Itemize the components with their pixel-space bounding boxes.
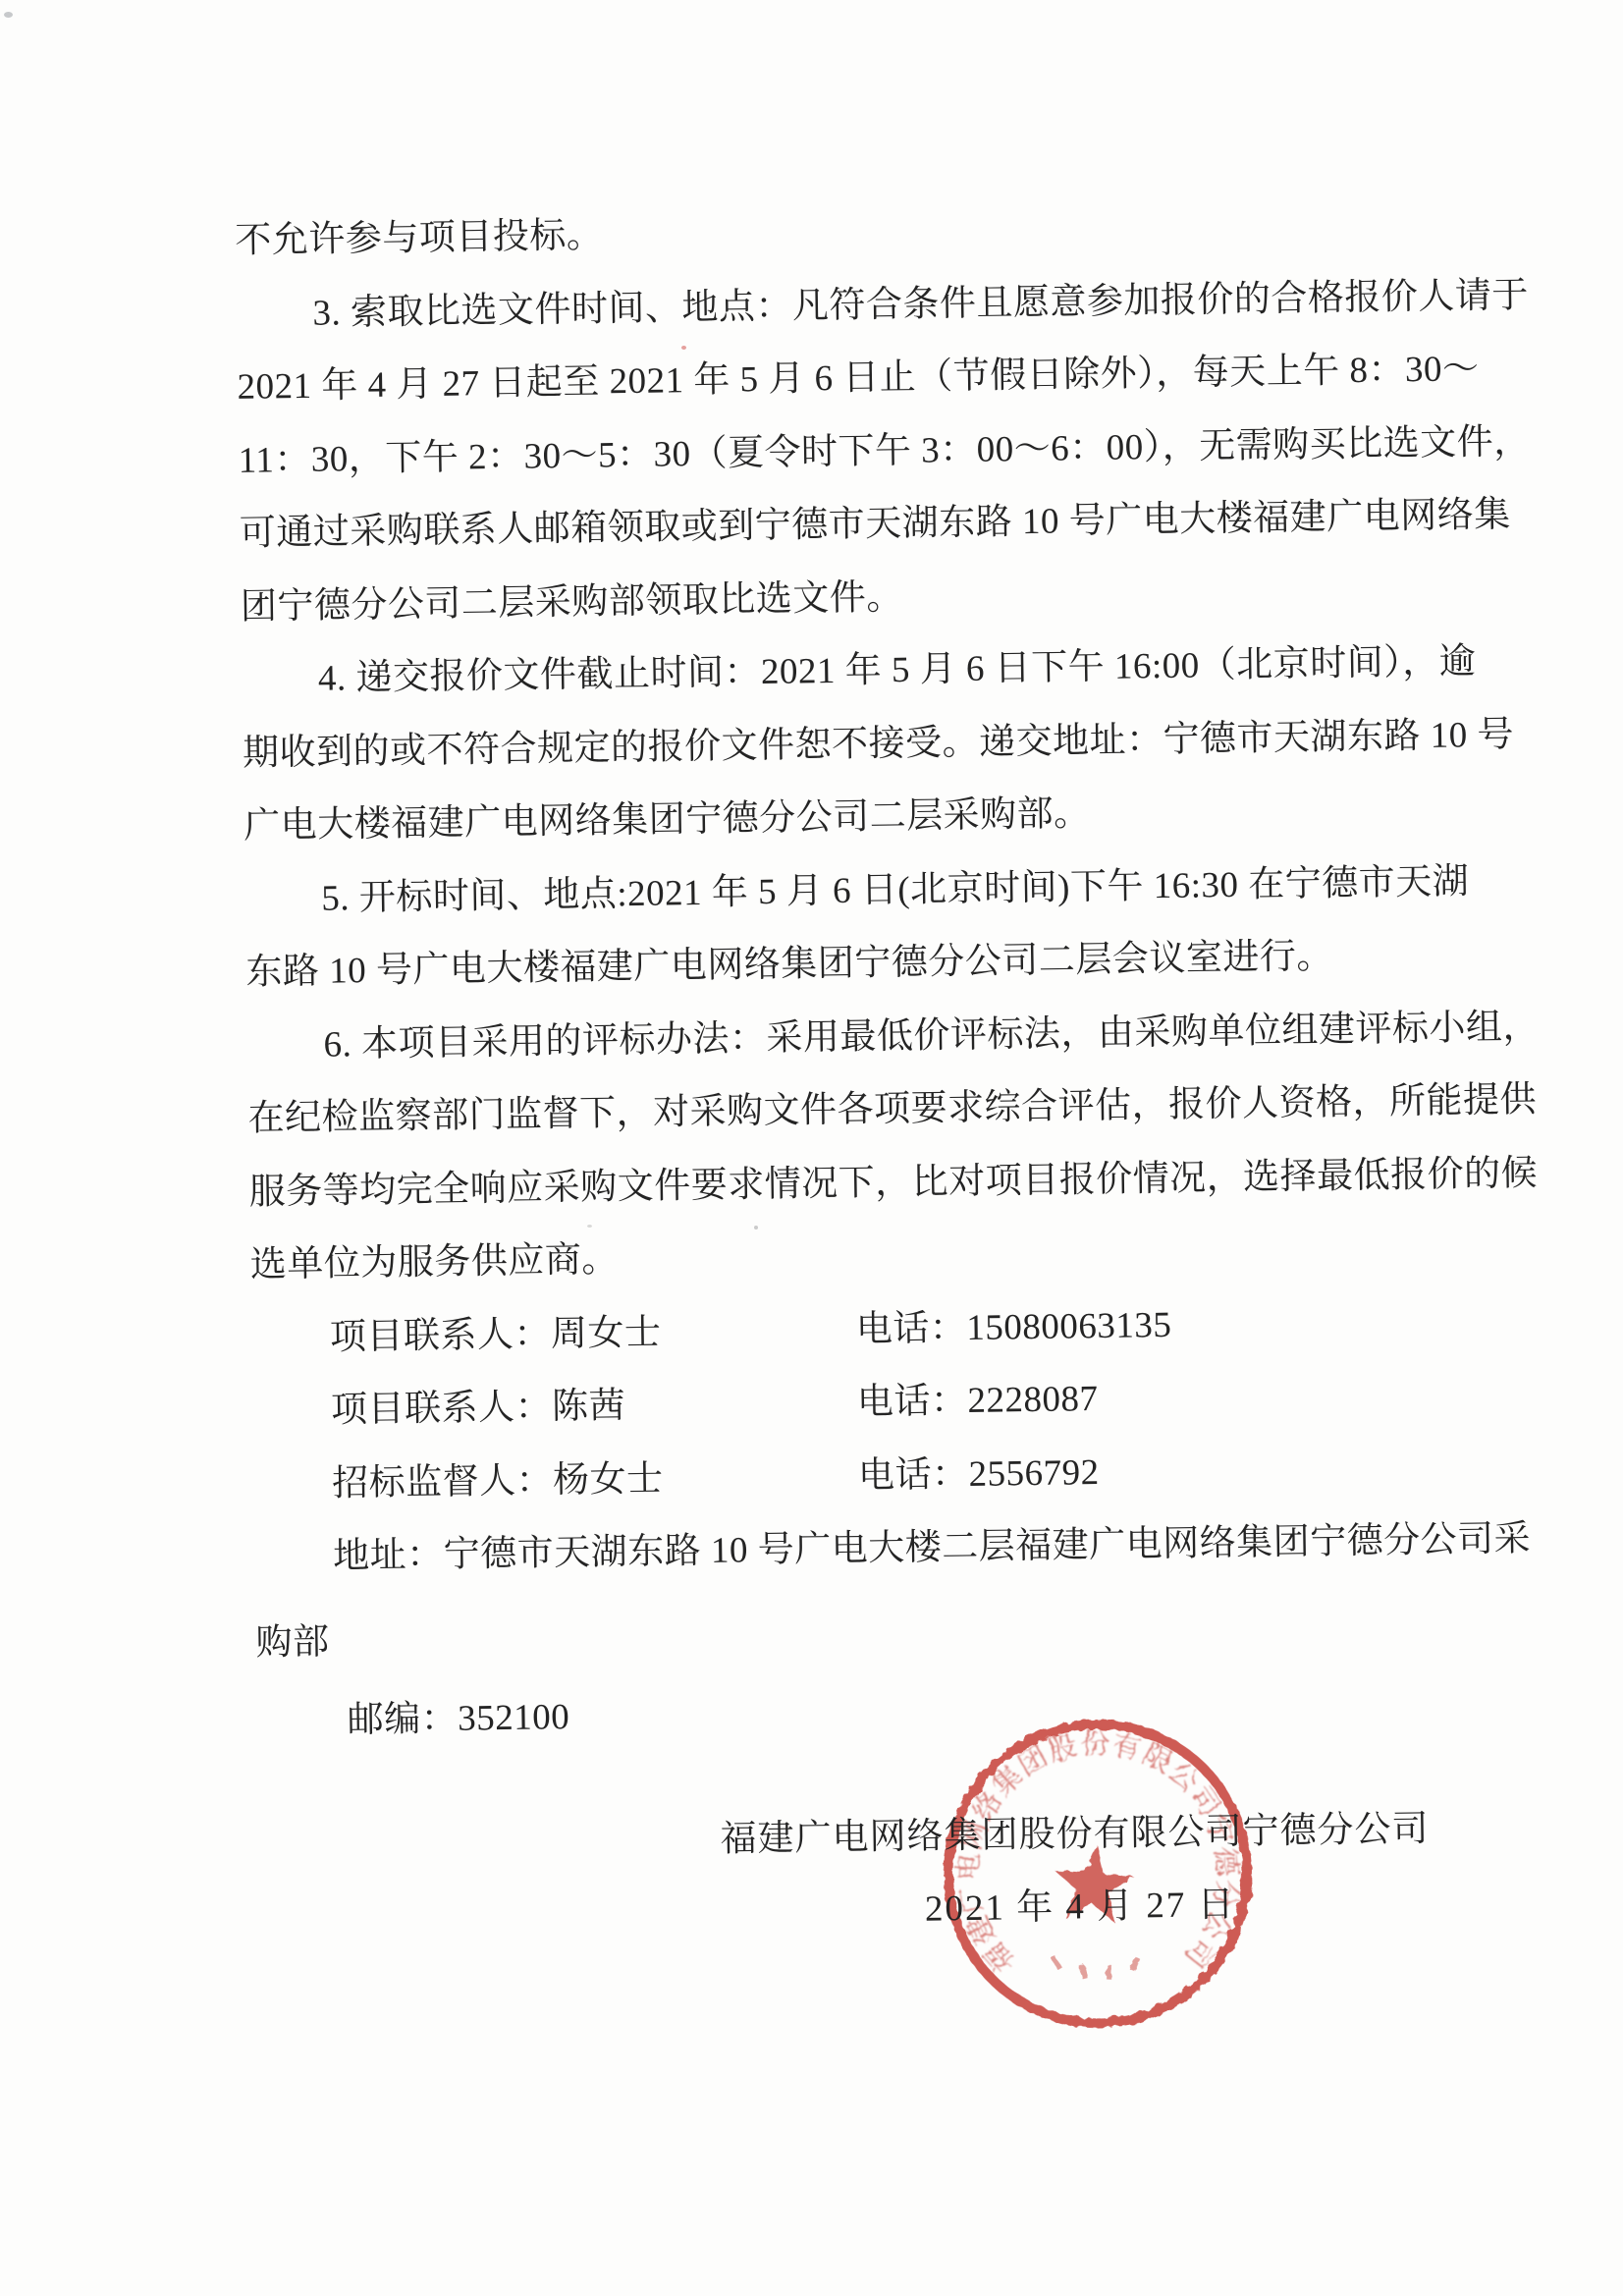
contact-phone: 电话：2228087 bbox=[856, 1363, 1099, 1440]
contact-name: 项目联系人：陈茜 bbox=[331, 1370, 626, 1448]
address-line: 购部 bbox=[255, 1590, 1427, 1680]
body-text: 不允许参与项目投标。 3. 索取比选文件时间、地点：凡符合条件且愿意参加报价的合… bbox=[235, 188, 1431, 1956]
contact-phone: 电话：2556792 bbox=[858, 1437, 1101, 1513]
contact-phone: 电话：15080063135 bbox=[855, 1288, 1172, 1366]
contact-name: 项目联系人：周女士 bbox=[329, 1296, 662, 1374]
document-page: 福建广电网络集团股份有限公司宁德分公司 不允许参与项目投标。 3. 索取比选文件… bbox=[0, 0, 1623, 2296]
seal-bottom-marks bbox=[1051, 1952, 1141, 1982]
contact-name: 招标监督人：杨女士 bbox=[332, 1443, 665, 1520]
scan-speck bbox=[4, 12, 13, 18]
postal-code: 邮编：352100 bbox=[256, 1668, 1428, 1759]
